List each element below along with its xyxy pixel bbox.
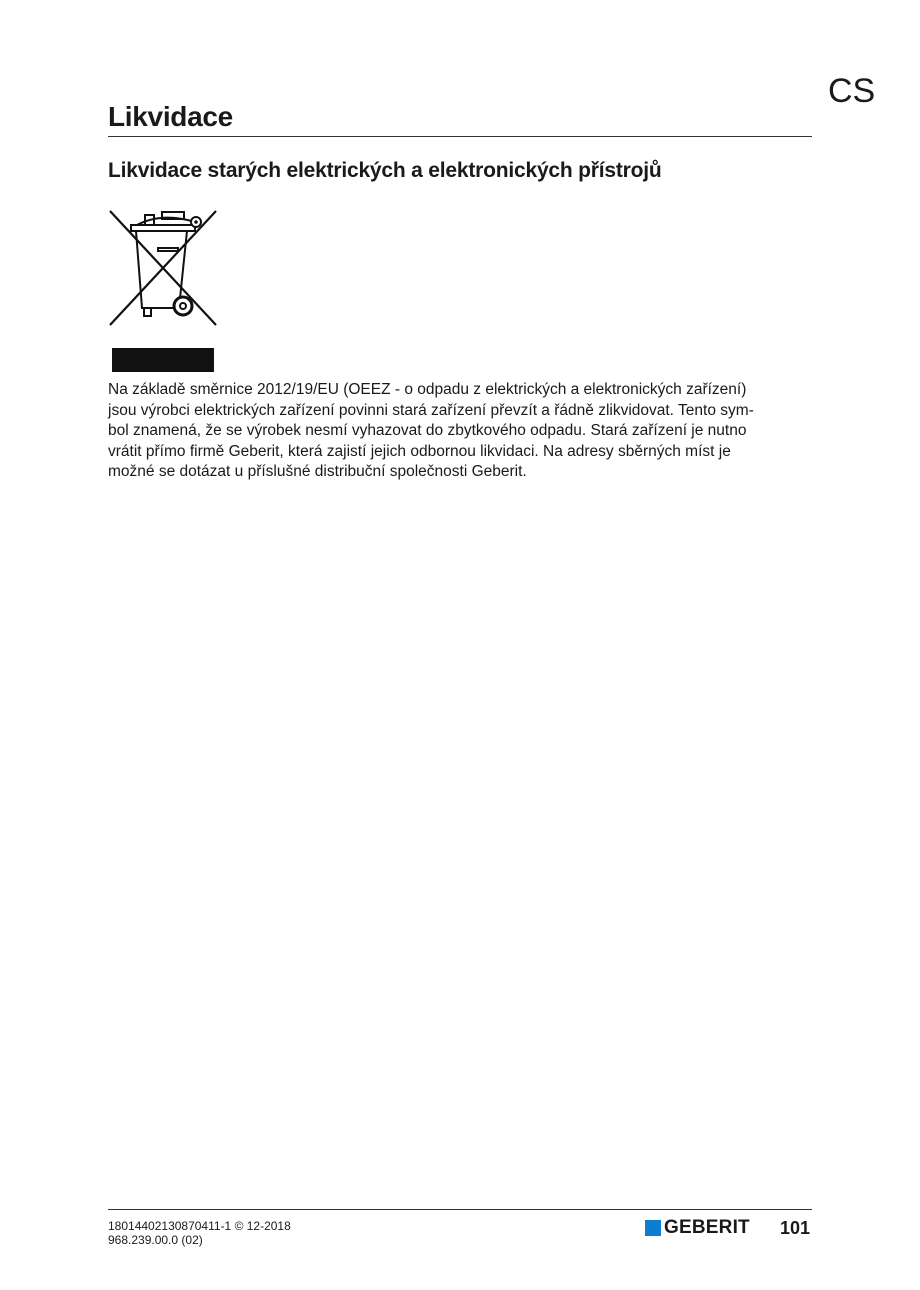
title-divider xyxy=(108,136,812,137)
document-reference: 968.239.00.0 (02) xyxy=(108,1233,291,1247)
body-line: jsou výrobci elektrických zařízení povin… xyxy=(108,401,828,422)
body-line: bol znamená, že se výrobek nesmí vyhazov… xyxy=(108,421,828,442)
footer-document-info: 18014402130870411-1 © 12-2018 968.239.00… xyxy=(108,1219,291,1247)
disposal-body-text: Na základě směrnice 2012/19/EU (OEEZ - o… xyxy=(108,380,828,483)
brand-name: GEBERIT xyxy=(664,1219,750,1237)
body-line: Na základě směrnice 2012/19/EU (OEEZ - o… xyxy=(108,380,828,401)
weee-black-bar xyxy=(112,348,214,372)
body-line: možné se dotázat u příslušné distribuční… xyxy=(108,462,828,483)
section-title: Likvidace starých elektrických a elektro… xyxy=(108,159,662,183)
brand-logo: GEBERIT xyxy=(645,1219,750,1237)
language-code: CS xyxy=(828,72,875,111)
brand-square-icon xyxy=(645,1220,661,1236)
page-title: Likvidace xyxy=(108,101,233,133)
document-id: 18014402130870411-1 © 12-2018 xyxy=(108,1219,291,1233)
body-line: vrátit přímo firmě Geberit, která zajist… xyxy=(108,442,828,463)
crossed-out-wheelie-bin-icon xyxy=(107,208,219,328)
page-number: 101 xyxy=(780,1218,810,1239)
footer-divider xyxy=(108,1209,812,1210)
